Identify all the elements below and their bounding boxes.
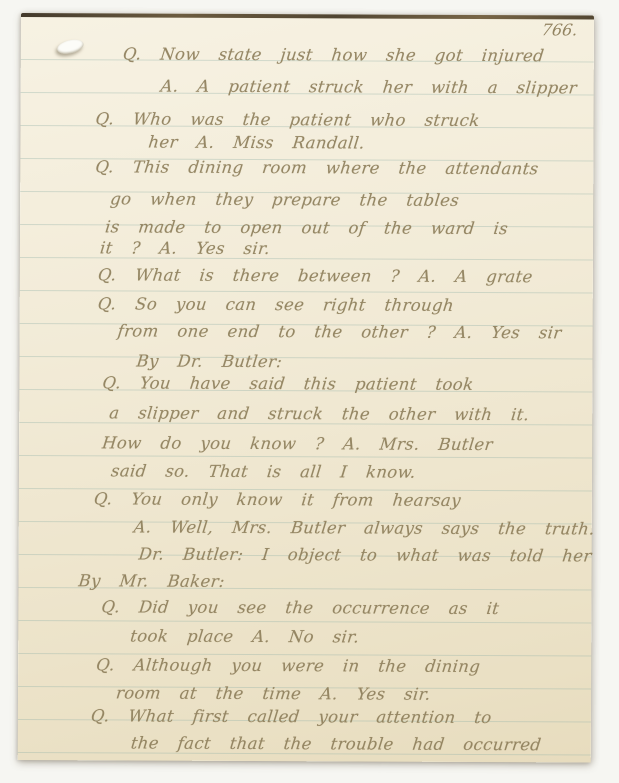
handwritten-line: her A. Miss Randall. [147,134,365,154]
handwritten-line: from one end to the other ? A. Yes sir [117,322,563,343]
handwritten-line: Q. What first called your attention to [90,707,493,728]
handwritten-line: Q. Now state just how she got injured [122,45,545,66]
handwritten-line: is made to open out of the ward is [104,218,509,239]
handwritten-line: room at the time A. Yes sir. [115,684,432,704]
handwritten-line: Q. Although you were in the dining [95,656,481,677]
handwritten-line: Q. You have said this patient took [101,374,474,395]
handwritten-line: Q. Who was the patient who struck [94,110,480,131]
handwritten-line: Q. What is there between ? A. A grate [97,266,534,287]
handwritten-line: go when they prepare the tables [109,190,460,210]
handwritten-line: Q. You only know it from hearsay [93,490,462,511]
paper-hole-flaw [56,37,85,56]
handwritten-line: it ? A. Yes sir. [99,239,271,259]
handwritten-line: took place A. No sir. [129,627,360,647]
scanned-document: 766. Q. Now state just how she got injur… [0,0,619,783]
handwritten-line: Q. So you can see right through [97,295,455,316]
handwritten-line: Q. Did you see the occurrence as it [100,598,500,619]
handwritten-line: A. Well, Mrs. Butler always says the tru… [133,519,596,540]
handwritten-line: A. A patient struck her with a slipper [160,78,578,99]
handwritten-line: Q. This dining room where the attendants [94,158,539,179]
handwritten-line: How do you know ? A. Mrs. Butler [101,434,494,455]
page-number: 766. [541,21,579,39]
handwritten-line: a slipper and struck the other with it. [108,404,530,425]
paper-top-edge [21,13,594,20]
handwritten-line: the fact that the trouble had occurred [130,734,542,755]
handwritten-line: Dr. Butler: I object to what was told he… [138,546,593,567]
handwritten-line: By Dr. Butler: [135,353,283,373]
handwritten-line: said so. That is all I know. [110,462,417,482]
handwritten-line: By Mr. Baker: [77,572,225,592]
manuscript-paper: 766. Q. Now state just how she got injur… [18,13,594,762]
